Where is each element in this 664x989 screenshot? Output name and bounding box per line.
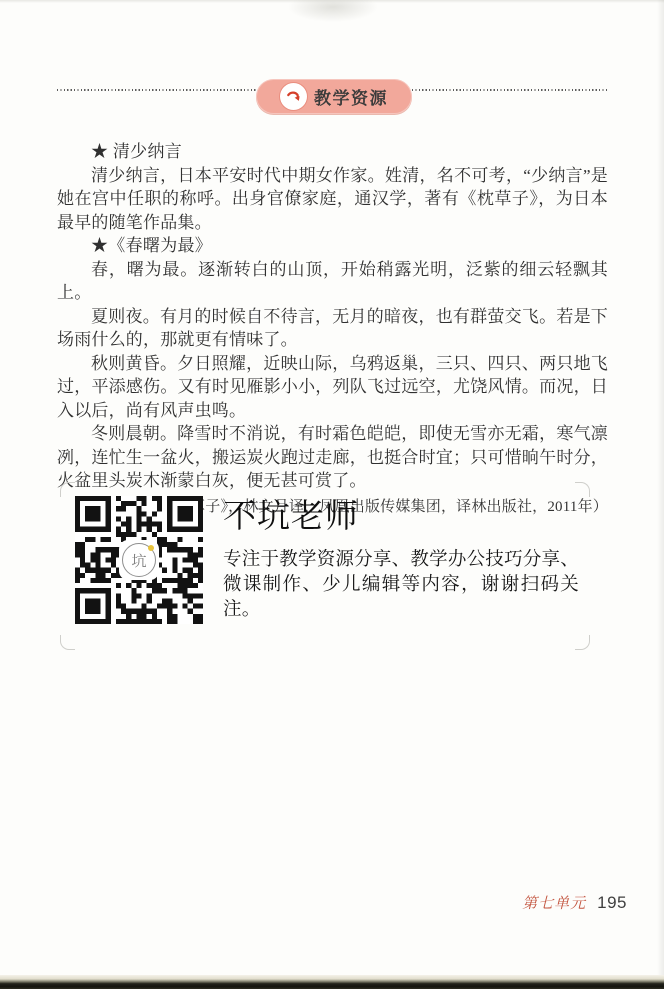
qr-logo-ring: 坑 xyxy=(122,543,156,577)
card-corner-mark xyxy=(575,635,590,650)
scan-smudge xyxy=(288,0,378,22)
badge-label: 教学资源 xyxy=(314,84,388,109)
qr-card-title: 不坑老师 xyxy=(223,490,359,537)
card-corner-mark xyxy=(60,635,75,650)
qr-card-description: 专注于教学资源分享、教学办公技巧分享、微课制作、少儿编辑等内容，谢谢扫码关注。 xyxy=(223,546,579,621)
card-corner-mark xyxy=(60,482,75,497)
qr-logo-dot xyxy=(148,545,154,551)
article-paragraph: 夏则夜。有月的时候自不待言，无月的暗夜，也有群萤交飞。若是下场雨什么的，那就更有… xyxy=(57,305,608,352)
article-heading: ★《春曙为最》 xyxy=(57,234,608,258)
card-corner-mark xyxy=(575,482,590,497)
article-paragraph: 清少纳言，日本平安时代中期女作家。姓清，名不可考，“少纳言”是她在宫中任职的称呼… xyxy=(57,164,608,235)
page-footer: 第七单元 195 xyxy=(522,892,627,913)
scan-bottom-edge xyxy=(0,975,664,989)
scan-right-edge xyxy=(657,0,664,989)
page-number: 195 xyxy=(597,893,627,913)
dotted-rule-right xyxy=(412,89,608,91)
qr-center-logo: 坑 xyxy=(119,540,159,580)
section-badge: 教学资源 xyxy=(256,79,412,114)
qr-promo-card: 坑 不坑老师 专注于教学资源分享、教学办公技巧分享、微课制作、少儿编辑等内容，谢… xyxy=(60,482,590,650)
curved-down-arrow-icon xyxy=(280,83,307,110)
article-paragraph: 春，曙为最。逐渐转白的山顶，开始稍露光明，泛紫的细云轻飘其上。 xyxy=(57,258,608,305)
article-paragraph: 秋则黄昏。夕日照耀，近映山际，乌鸦返巢，三只、四只、两只地飞过，平添感伤。又有时… xyxy=(57,352,608,423)
scanned-textbook-page: 教学资源 ★ 清少纳言 清少纳言，日本平安时代中期女作家。姓清，名不可考，“少纳… xyxy=(0,0,664,989)
qr-logo-glyph: 坑 xyxy=(131,550,146,571)
article-heading: ★ 清少纳言 xyxy=(57,140,608,164)
article-content: ★ 清少纳言 清少纳言，日本平安时代中期女作家。姓清，名不可考，“少纳言”是她在… xyxy=(57,140,608,519)
unit-label: 第七单元 xyxy=(522,892,586,913)
dotted-rule-left xyxy=(57,89,256,91)
